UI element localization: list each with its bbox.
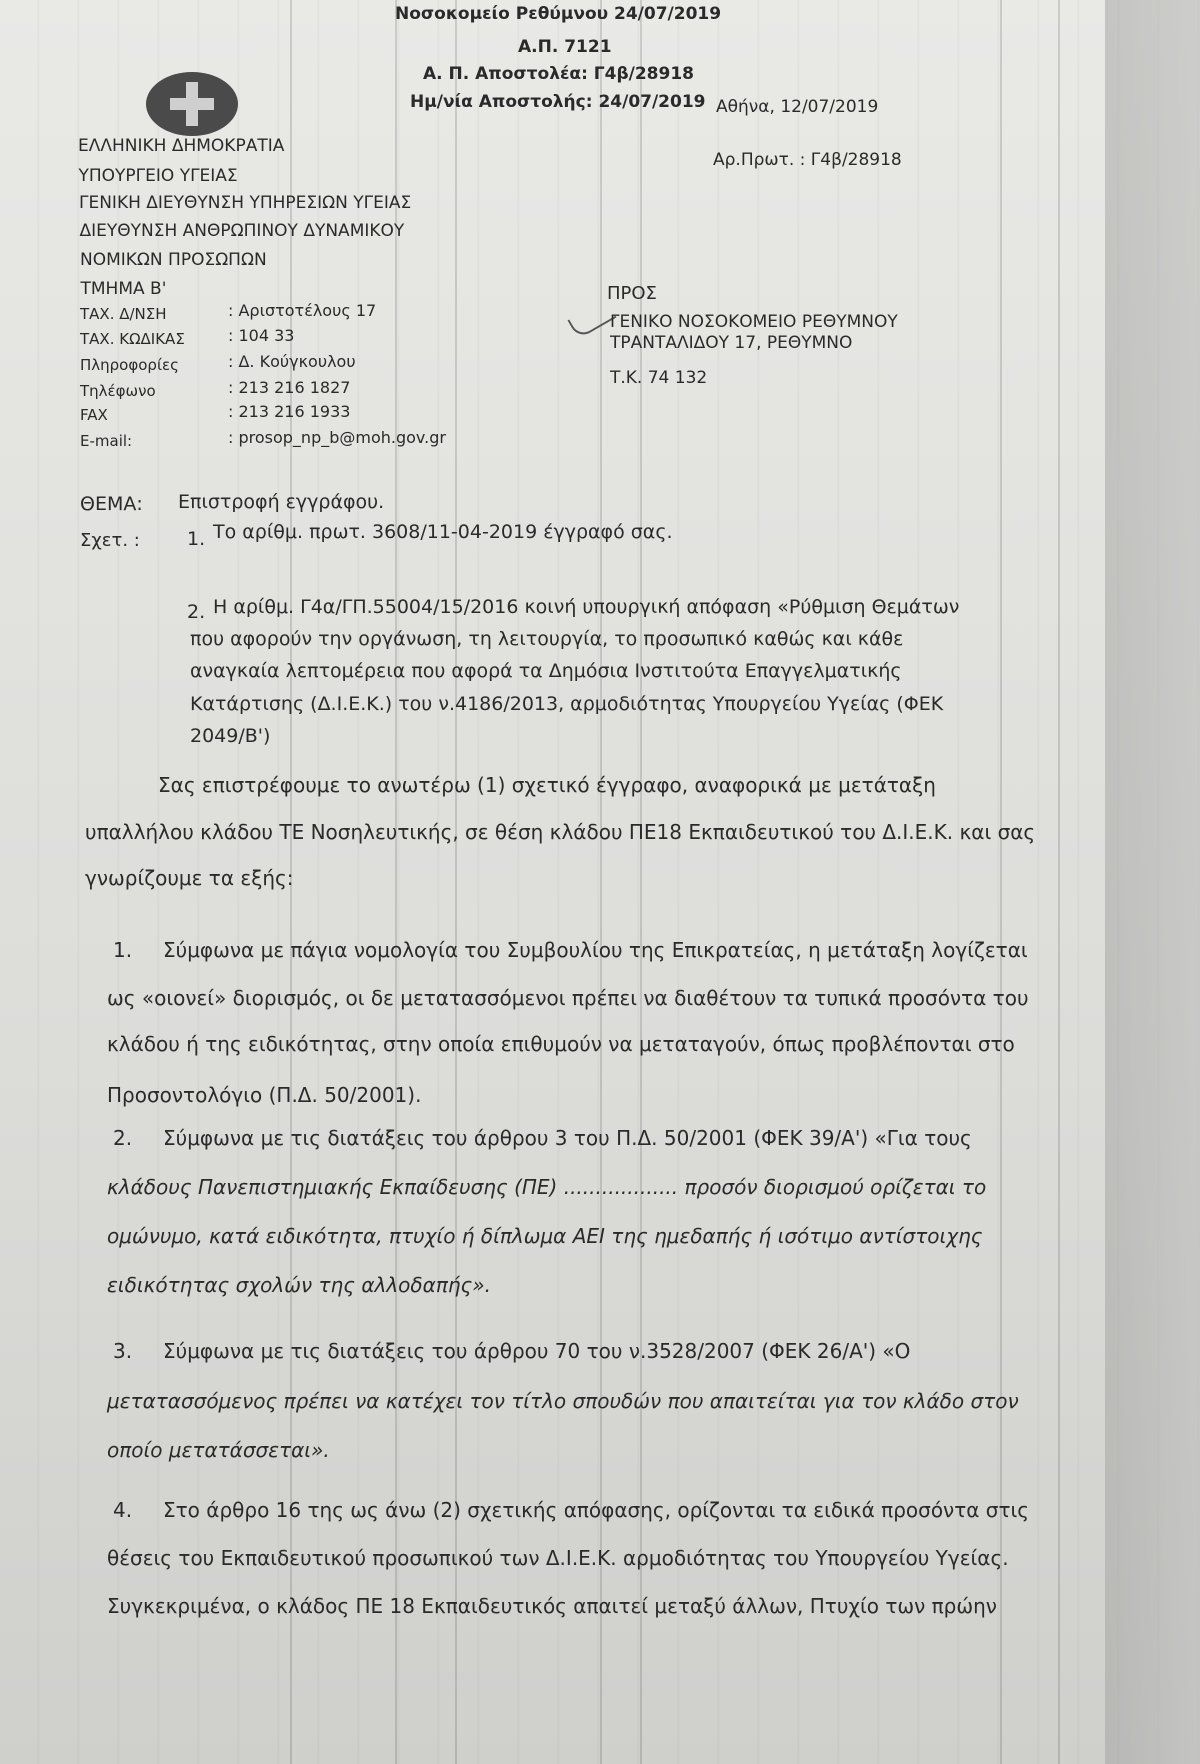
recipient-line: ΤΡΑΝΤΑΛΙΔΟΥ 17, ΡΕΘΥΜΝΟ bbox=[610, 333, 852, 353]
related-line: Η αρίθμ. Γ4α/ΓΠ.55004/15/2016 κοινή υπου… bbox=[213, 598, 959, 617]
sender-line: ΝΟΜΙΚΩΝ ΠΡΟΣΩΠΩΝ bbox=[80, 250, 267, 270]
intro-line: υπαλλήλου κλάδου ΤΕ Νοσηλευτικής, σε θέσ… bbox=[85, 822, 1035, 842]
point-line: κλάδους Πανεπιστημιακής Εκπαίδευσης (ΠΕ)… bbox=[107, 1177, 986, 1197]
intro-line: Σας επιστρέφουμε το ανωτέρω (1) σχετικό … bbox=[158, 775, 936, 795]
point-line: Στο άρθρο 16 της ως άνω (2) σχετικής από… bbox=[163, 1500, 1029, 1520]
contact-label: ΤΑΧ. Δ/ΝΣΗ bbox=[80, 305, 167, 323]
related-line: Το αρίθμ. πρωτ. 3608/11-04-2019 έγγραφό … bbox=[213, 523, 673, 542]
contact-value: : 213 216 1827 bbox=[228, 378, 350, 397]
point-line: θέσεις του Εκπαιδευτικού προσωπικού των … bbox=[107, 1548, 1009, 1568]
stamp-line-4: Ημ/νία Αποστολής: 24/07/2019 bbox=[410, 92, 706, 112]
point-line: Σύμφωνα με πάγια νομολογία του Συμβουλίο… bbox=[163, 940, 1028, 960]
recipient-line: ΓΕΝΙΚΟ ΝΟΣΟΚΟΜΕΙΟ ΡΕΘΥΜΝΟΥ bbox=[610, 312, 898, 332]
sender-line: ΔΙΕΥΘΥΝΣΗ ΑΝΘΡΩΠΙΝΟΥ ΔΥΝΑΜΙΚΟΥ bbox=[80, 221, 405, 241]
related-line: που αφορούν την οργάνωση, τη λειτουργία,… bbox=[190, 630, 903, 649]
related-num: 1. bbox=[187, 530, 205, 549]
scan-streak bbox=[1058, 0, 1060, 1764]
related-line: Κατάρτισης (Δ.Ι.Ε.Κ.) του ν.4186/2013, α… bbox=[190, 695, 943, 714]
sender-line: ΓΕΝΙΚΗ ΔΙΕΥΘΥΝΣΗ ΥΠΗΡΕΣΙΩΝ ΥΓΕΙΑΣ bbox=[79, 193, 411, 213]
contact-value: : 104 33 bbox=[228, 326, 294, 345]
sender-line: ΕΛΛΗΝΙΚΗ ΔΗΜΟΚΡΑΤΙΑ bbox=[78, 136, 284, 156]
sender-line: ΥΠΟΥΡΓΕΙΟ ΥΓΕΙΑΣ bbox=[79, 166, 238, 186]
point-line: Σύμφωνα με τις διατάξεις του άρθρου 3 το… bbox=[163, 1128, 972, 1148]
point-line: Προσοντολόγιο (Π.Δ. 50/2001). bbox=[107, 1085, 421, 1105]
place-date: Αθήνα, 12/07/2019 bbox=[716, 97, 878, 117]
related-line: αναγκαία λεπτομέρεια που αφορά τα Δημόσι… bbox=[190, 662, 902, 681]
subject-label: ΘΕΜΑ: bbox=[80, 495, 143, 514]
stamp-line-2: Α.Π. 7121 bbox=[518, 37, 612, 57]
contact-label: FAX bbox=[80, 406, 108, 424]
protocol-number: Αρ.Πρωτ. : Γ4β/28918 bbox=[713, 150, 902, 170]
contact-label: E-mail: bbox=[80, 432, 132, 450]
contact-label: Τηλέφωνο bbox=[80, 382, 156, 400]
stamp-line-3: Α. Π. Αποστολέα: Γ4β/28918 bbox=[423, 64, 694, 84]
contact-value: : 213 216 1933 bbox=[228, 402, 350, 421]
sender-line: ΤΜΗΜΑ Β' bbox=[81, 279, 167, 299]
contact-value: : Δ. Κούγκουλου bbox=[228, 352, 356, 371]
point-line: ειδικότητας σχολών της αλλοδαπής». bbox=[107, 1275, 491, 1295]
point-number: 2. bbox=[113, 1128, 132, 1148]
point-line: μετατασσόμενος πρέπει να κατέχει τον τίτ… bbox=[107, 1391, 1019, 1411]
related-label: Σχετ. : bbox=[80, 532, 140, 550]
point-line: ως «οιονεί» διορισμός, οι δε μετατασσόμε… bbox=[107, 988, 1029, 1008]
contact-label: ΤΑΧ. ΚΩΔΙΚΑΣ bbox=[80, 330, 185, 348]
point-line: οποίο μετατάσσεται». bbox=[107, 1440, 330, 1460]
point-number: 3. bbox=[113, 1341, 132, 1361]
point-number: 1. bbox=[113, 940, 132, 960]
subject-text: Επιστροφή εγγράφου. bbox=[178, 493, 384, 512]
contact-label: Πληροφορίες bbox=[80, 356, 179, 374]
point-line: κλάδου ή της ειδικότητας, στην οποία επι… bbox=[107, 1034, 1015, 1054]
contact-value: : Αριστοτέλους 17 bbox=[228, 301, 376, 320]
recipient-line: Τ.Κ. 74 132 bbox=[610, 368, 707, 388]
contact-value: : prosop_np_b@moh.gov.gr bbox=[228, 428, 446, 447]
greek-coat-of-arms-icon bbox=[146, 72, 238, 136]
point-line: ομώνυμο, κατά ειδικότητα, πτυχίο ή δίπλω… bbox=[107, 1226, 983, 1246]
related-num: 2. bbox=[187, 603, 205, 622]
point-line: Σύμφωνα με τις διατάξεις του άρθρου 70 τ… bbox=[163, 1341, 910, 1361]
recipient-heading: ΠΡΟΣ bbox=[607, 283, 657, 304]
stamp-line-1: Νοσοκομείο Ρεθύμνου 24/07/2019 bbox=[395, 4, 721, 24]
point-line: Συγκεκριμένα, ο κλάδος ΠΕ 18 Εκπαιδευτικ… bbox=[107, 1596, 997, 1616]
point-number: 4. bbox=[113, 1500, 132, 1520]
related-line: 2049/Β') bbox=[190, 727, 270, 746]
intro-line: γνωρίζουμε τα εξής: bbox=[85, 868, 294, 888]
page-edge-shadow bbox=[1105, 0, 1200, 1764]
